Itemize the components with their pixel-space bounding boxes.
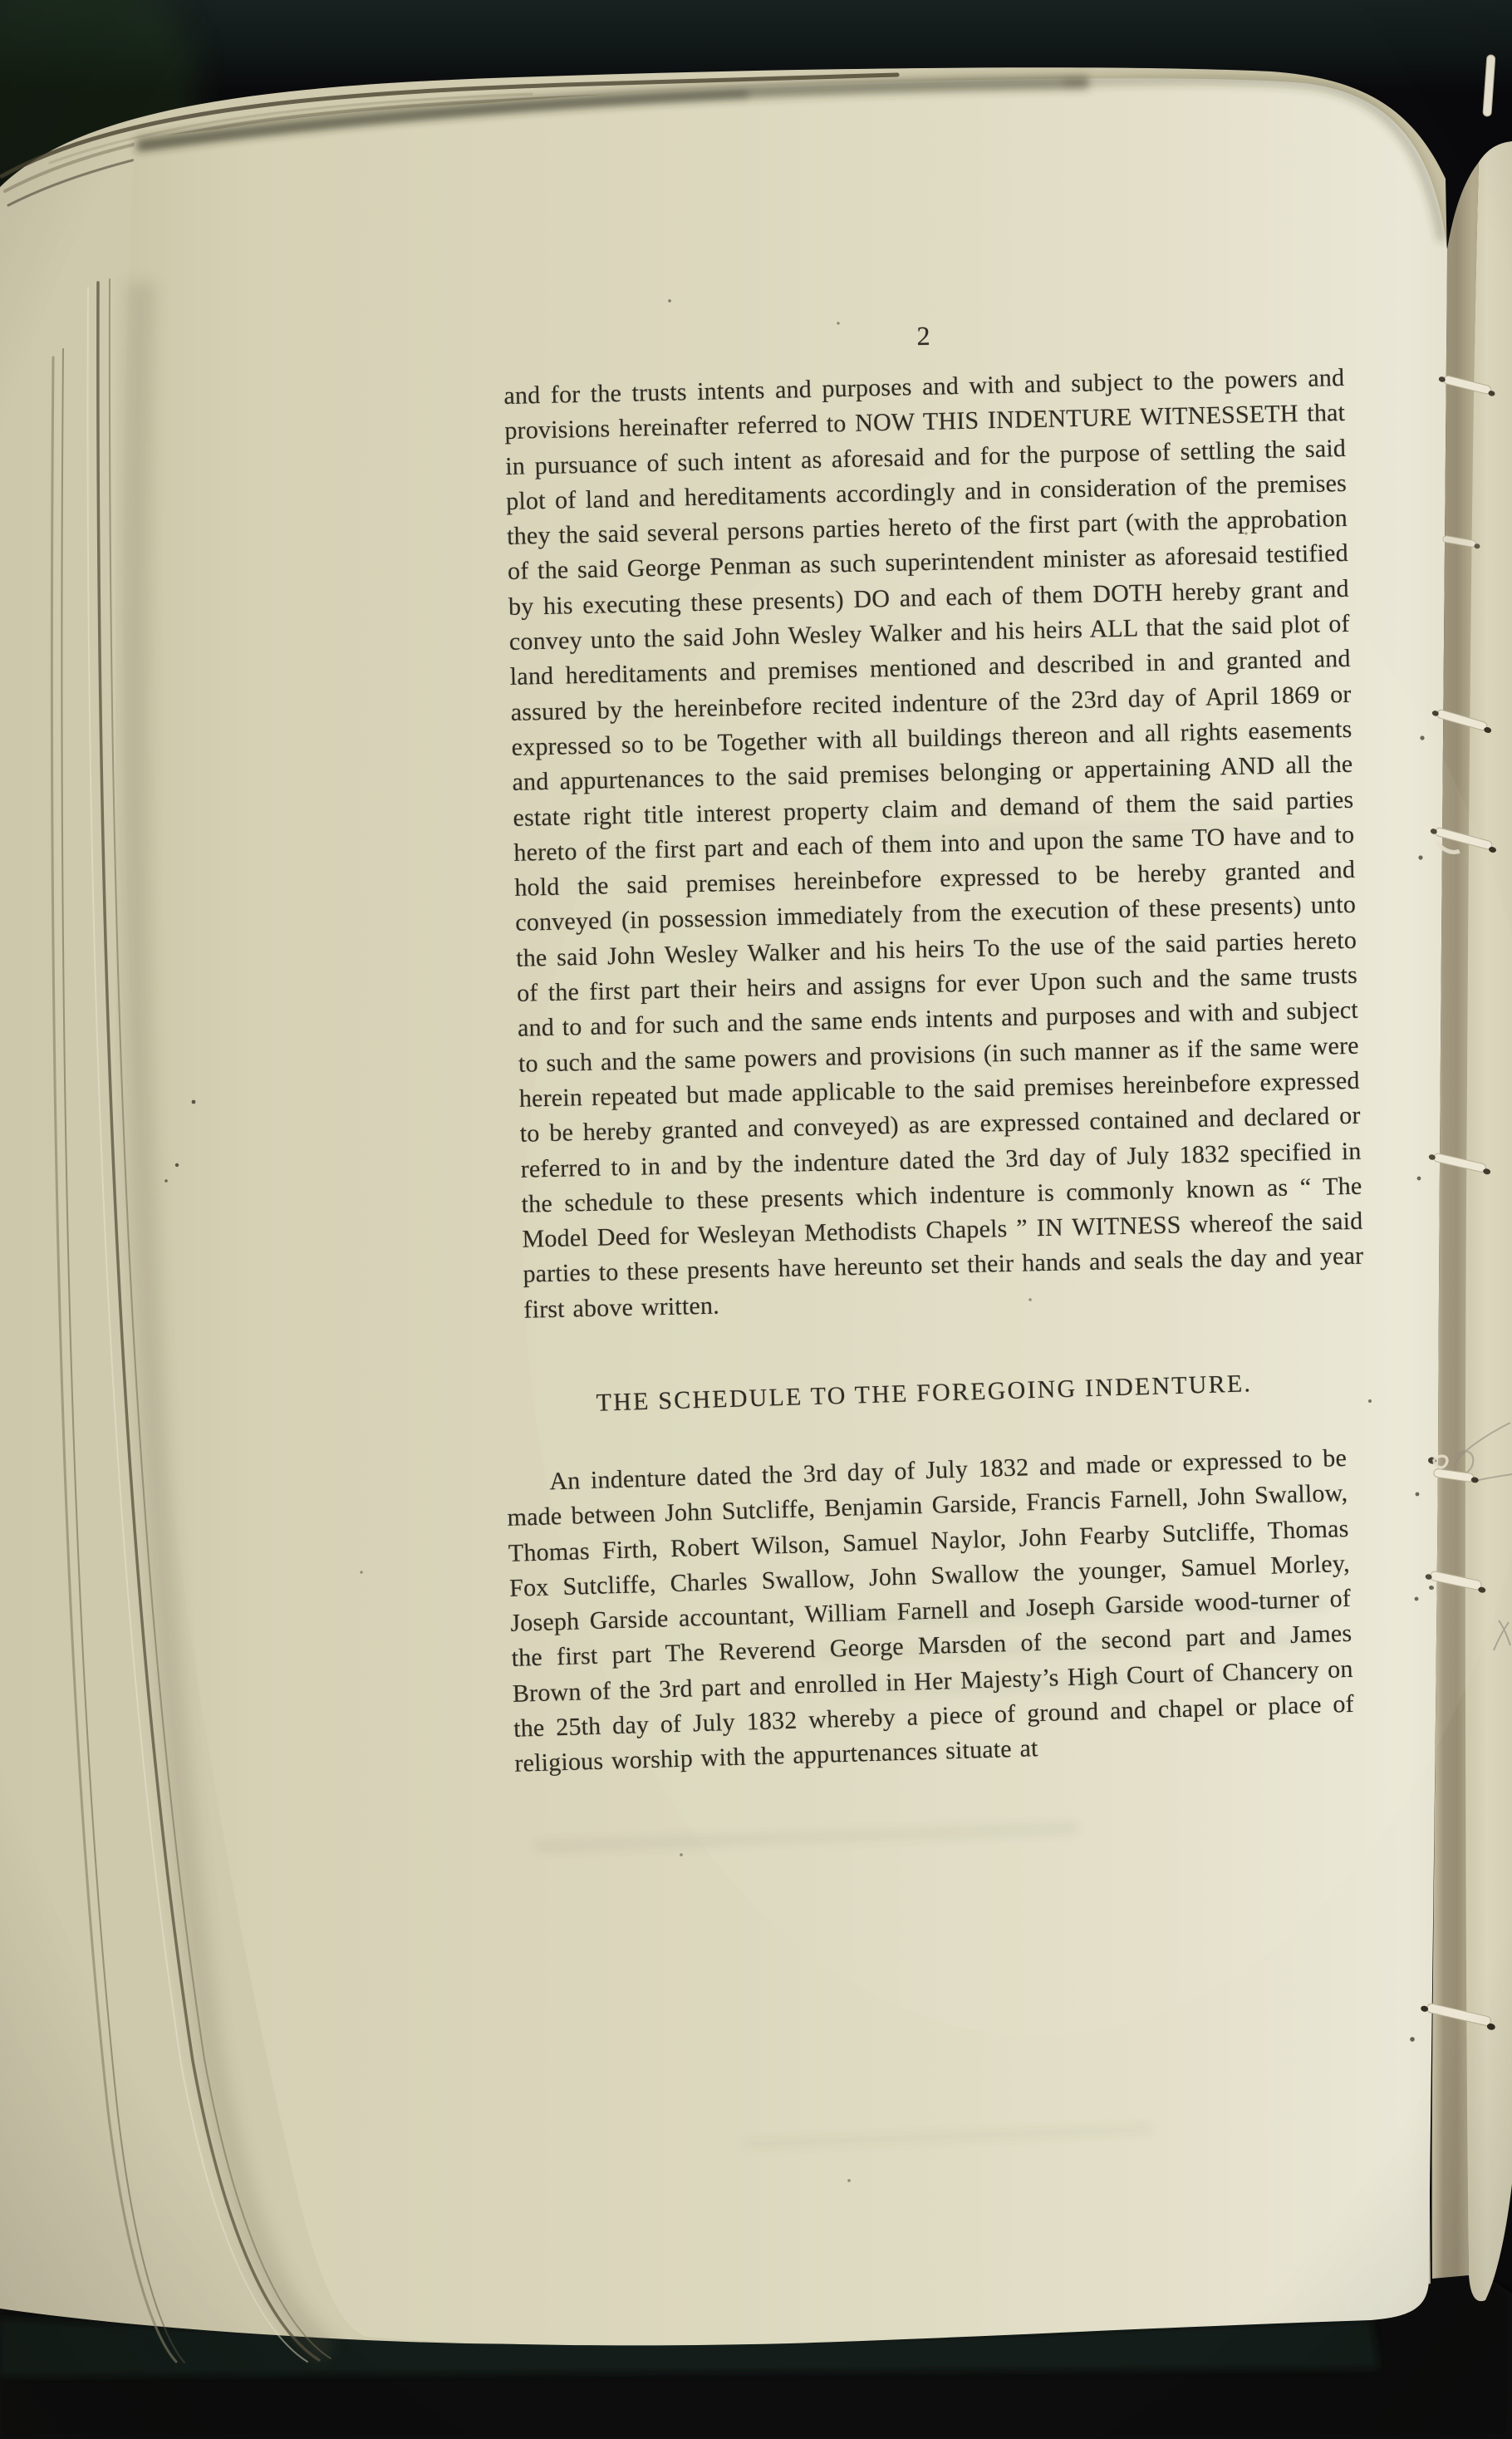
book-scan: 2 and for the trusts intents and purpose… bbox=[0, 0, 1512, 2439]
schedule-paragraph: An indenture dated the 3rd day of July 1… bbox=[506, 1441, 1356, 1783]
page-text-column: 2 and for the trusts intents and purpose… bbox=[503, 321, 1344, 1783]
indenture-body-paragraph: and for the trusts intents and purposes … bbox=[503, 361, 1365, 1328]
schedule-section: THE SCHEDULE TO THE FOREGOING INDENTURE.… bbox=[503, 1363, 1356, 1782]
schedule-heading: THE SCHEDULE TO THE FOREGOING INDENTURE. bbox=[503, 1363, 1345, 1424]
